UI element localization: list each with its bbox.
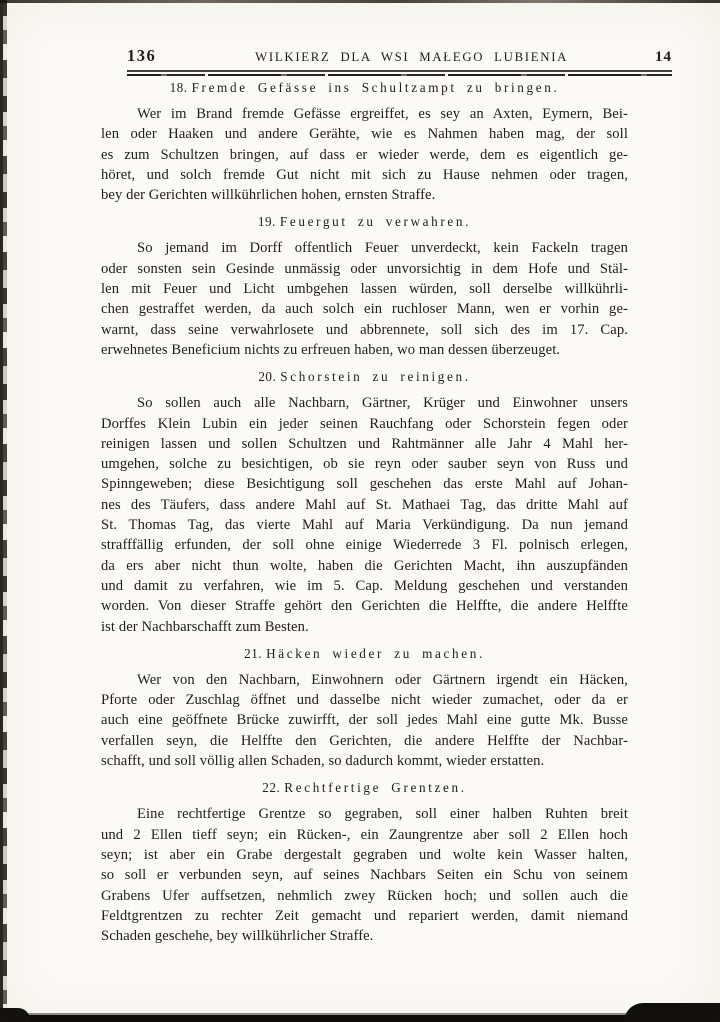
scan-edge-bottom: [0, 1013, 720, 1022]
text-line: erwehnetes Beneficium nichts zu erfreuen…: [101, 340, 628, 360]
text-line: höret, und solch fremde Gut nicht mit si…: [101, 165, 628, 185]
scanned-page: 136 WILKIERZ DLA WSI MAŁEGO LUBIENIA 14 …: [0, 0, 720, 1022]
section-heading: 22.Rechtfertige Grentzen.: [101, 780, 628, 796]
text-line: Grabens Ufer auffsetzen, nehmlich zwey R…: [101, 886, 628, 906]
section-title: Rechtfertige Grentzen.: [284, 780, 466, 795]
text-line: chen gestraffet werden, da auch solch ei…: [101, 299, 628, 319]
section-number: 20.: [258, 369, 276, 384]
text-line: bey der Gerichten willkührlichen hohen, …: [101, 185, 628, 205]
scan-edge-bottom-left-corner: [0, 1008, 30, 1022]
text-line: Wer im Brand fremde Gefässe ergreiffet, …: [101, 104, 628, 124]
text-line: Spinngeweben; diese Besichtigung soll ge…: [101, 474, 628, 494]
section-number: 19.: [258, 214, 276, 229]
section-title: Häcken wieder zu machen.: [266, 646, 485, 661]
section-heading: 19.Feuergut zu verwahren.: [101, 214, 628, 230]
text-line: oder sonsten sein Gesinde unmässig oder …: [101, 259, 628, 279]
text-line: seyn; ist aber ein Grabe dergestalt gegr…: [101, 845, 628, 865]
section: 18.Fremde Gefässe ins Schultzampt zu bri…: [101, 80, 628, 205]
scan-edge-left-speckle: [3, 0, 7, 1022]
paragraph: So sollen auch alle Nachbarn, Gärtner, K…: [101, 393, 628, 637]
text-line: Schaden geschehe, bey willkührlicher Str…: [101, 926, 628, 946]
text-line: so soll er verbunden seyn, auf seines Na…: [101, 865, 628, 885]
text-line: reinigen lassen und sollen Schultzen und…: [101, 434, 628, 454]
text-line: umgehen, solche zu besichtigen, ob sie r…: [101, 454, 628, 474]
header-rule-top: [127, 70, 672, 72]
text-line: ist der Nachbarschafft zum Besten.: [101, 617, 628, 637]
page-header: 136 WILKIERZ DLA WSI MAŁEGO LUBIENIA 14: [100, 46, 672, 76]
section: 20.Schorstein zu reinigen.So sollen auch…: [101, 369, 628, 637]
paragraph: So jemand im Dorff offentlich Feuer unve…: [101, 238, 628, 360]
section-heading: 20.Schorstein zu reinigen.: [101, 369, 628, 385]
scan-edge-top: [0, 0, 720, 3]
text-line: strafffällig erfunden, der soll ohne ein…: [101, 535, 628, 555]
section: 22.Rechtfertige Grentzen.Eine rechtferti…: [101, 780, 628, 946]
text-line: Dorffes Klein Lubin ein jeder seinen Rau…: [101, 414, 628, 434]
text-line: Pforte oder Zuschlag öffnet und dasselbe…: [101, 690, 628, 710]
scan-edge-bottom-right-corner: [624, 1003, 720, 1022]
section-heading: 21.Häcken wieder zu machen.: [101, 646, 628, 662]
running-title: WILKIERZ DLA WSI MAŁEGO LUBIENIA: [255, 50, 568, 65]
text-line: So jemand im Dorff offentlich Feuer unve…: [101, 238, 628, 258]
paragraph: Eine rechtfertige Grentze so gegraben, s…: [101, 804, 628, 946]
section-title: Fremde Gefässe ins Schultzampt zu bringe…: [192, 80, 560, 95]
text-line: worden. Von dieser Straffe gehört den Ge…: [101, 596, 628, 616]
text-line: schafft, und soll völlig allen Schaden, …: [101, 751, 628, 771]
page-number-left: 136: [127, 46, 156, 66]
paragraph: Wer von den Nachbarn, Einwohnern oder Gä…: [101, 670, 628, 771]
text-line: Wer von den Nachbarn, Einwohnern oder Gä…: [101, 670, 628, 690]
text-line: es zum Schultzen bringen, auf dass er wi…: [101, 145, 628, 165]
text-line: St. Thomas Tag, das vierte Mahl auf Mari…: [101, 515, 628, 535]
text-line: und 2 Ellen tieff seyn; ein Rücken-, ein…: [101, 825, 628, 845]
section: 21.Häcken wieder zu machen.Wer von den N…: [101, 646, 628, 771]
paragraph: Wer im Brand fremde Gefässe ergreiffet, …: [101, 104, 628, 205]
text-line: nes des Täufers, dass andere Mahl auf St…: [101, 495, 628, 515]
section-number: 22.: [262, 780, 280, 795]
text-line: da ers aber nicht thun wolte, haben die …: [101, 556, 628, 576]
section-number: 18.: [170, 80, 188, 95]
text-line: len mit Feuer und Licht umbgehen lassen …: [101, 279, 628, 299]
section-heading: 18.Fremde Gefässe ins Schultzampt zu bri…: [101, 80, 628, 96]
section-title: Feuergut zu verwahren.: [280, 214, 471, 229]
text-line: verfallen seyn, die Helffte den Gerichte…: [101, 731, 628, 751]
section-title: Schorstein zu reinigen.: [280, 369, 470, 384]
text-line: So sollen auch alle Nachbarn, Gärtner, K…: [101, 393, 628, 413]
text-line: len oder Haaken und andere Gerähte, wie …: [101, 124, 628, 144]
section: 19.Feuergut zu verwahren.So jemand im Do…: [101, 214, 628, 360]
text-line: und damit zu verfahren, wie im 5. Cap. M…: [101, 576, 628, 596]
text-line: Eine rechtfertige Grentze so gegraben, s…: [101, 804, 628, 824]
header-rule-bottom: [127, 74, 672, 76]
sections: 18.Fremde Gefässe ins Schultzampt zu bri…: [101, 80, 628, 946]
header-double-rule: [127, 70, 672, 76]
text-line: Feldtgrentzen zu rechter Zeit gemacht un…: [101, 906, 628, 926]
text-line: warnt, dass seine verwahrlosete und abbr…: [101, 320, 628, 340]
section-number: 21.: [244, 646, 262, 661]
page-number-right: 14: [655, 49, 672, 66]
text-line: auch eine geöffnete Brücke zuwirfft, der…: [101, 710, 628, 730]
